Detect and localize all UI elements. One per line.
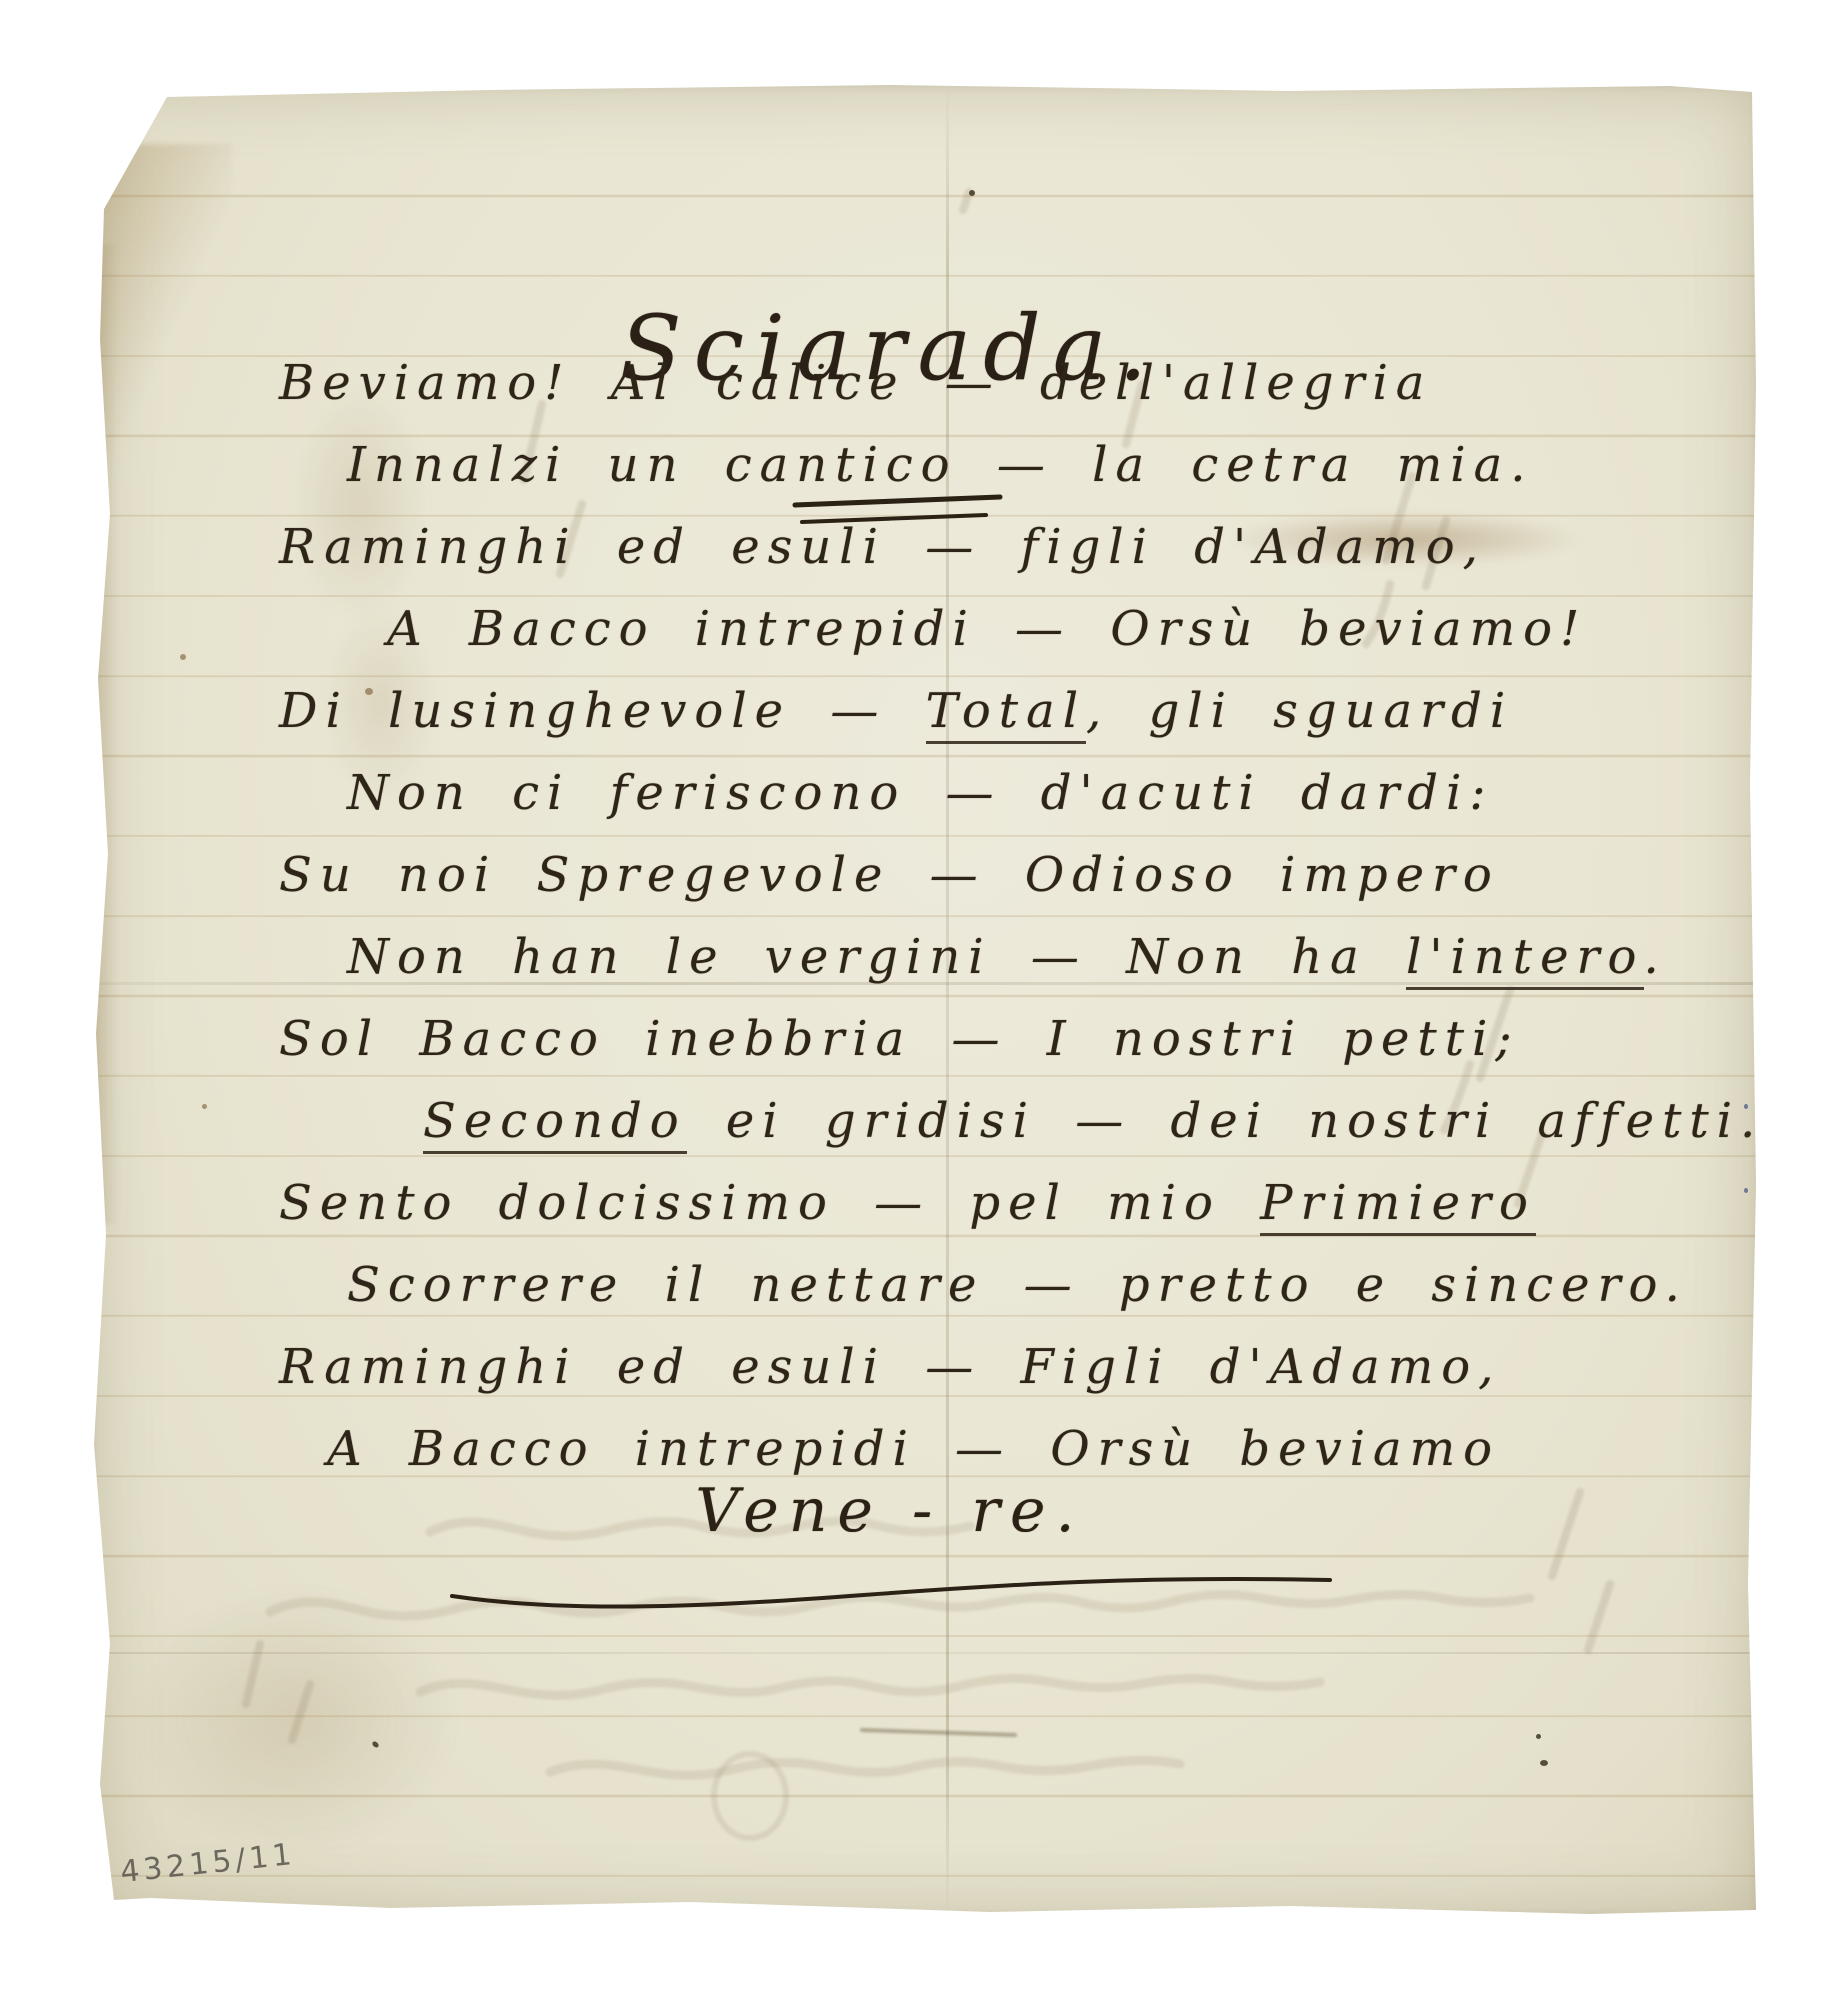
rust-speck (202, 1104, 207, 1109)
poem-line-text: , gli sguardi (1086, 683, 1513, 739)
ink-speck (1536, 1734, 1541, 1739)
poem-line-text: Non ci feriscono — d'acuti dardi: (347, 765, 1494, 821)
solution-underline-flourish (452, 1579, 1330, 1607)
poem-line-text: . (1644, 929, 1667, 985)
poem-line: Innalzi un cantico — la cetra mia. (347, 424, 1635, 506)
poem-line-text: Beviamo! Al calice — dell'allegria (279, 355, 1432, 411)
poem-line-text: Scorrere il nettare — pretto e sincero. (347, 1257, 1688, 1313)
poem-line-text: A Bacco intrepidi — Orsù beviamo! (387, 601, 1587, 657)
underlined-word: l'intero (1406, 929, 1644, 990)
rust-speck (365, 688, 373, 695)
poem-line: Raminghi ed esuli — figli d'Adamo, (279, 506, 1635, 588)
poem-line: Scorrere il nettare — pretto e sincero. (347, 1244, 1635, 1326)
underlined-word: Primiero (1260, 1175, 1536, 1236)
poem-line: A Bacco intrepidi — Orsù beviamo! (387, 588, 1635, 670)
poem-line: Su noi Spregevole — Odioso impero (279, 834, 1635, 916)
poem-line: Secondo ei gridisi — dei nostri affetti. (423, 1080, 1635, 1162)
poem-line: Sento dolcissimo — pel mio Primiero (279, 1162, 1635, 1244)
blue-ink-speck (1744, 1104, 1748, 1109)
underlined-word: Secondo (423, 1093, 687, 1154)
poem-line: Raminghi ed esuli — Figli d'Adamo, (279, 1326, 1635, 1408)
poem-line-text: Innalzi un cantico — la cetra mia. (347, 437, 1533, 493)
blue-ink-speck (1744, 1188, 1748, 1193)
poem-line-text: ei gridisi — dei nostri affetti. (687, 1093, 1764, 1149)
poem-line-text: Sol Bacco inebbria — I nostri petti; (279, 1011, 1520, 1067)
manuscript-paper: Sciarada. Beviamo! Al calice — dell'alle… (90, 84, 1758, 1918)
poem-line: Di lusinghevole — Total, gli sguardi (279, 670, 1635, 752)
poem-line-text: A Bacco intrepidi — Orsù beviamo (327, 1421, 1500, 1477)
ink-speck (1540, 1760, 1548, 1766)
ink-speck (969, 190, 975, 196)
poem-line-text: Di lusinghevole — (279, 683, 926, 739)
rust-speck (180, 654, 186, 660)
poem-line: Non han le vergini — Non ha l'intero. (347, 916, 1635, 998)
underlined-word: Total (926, 683, 1086, 744)
poem-line-text: Su noi Spregevole — Odioso impero (279, 847, 1500, 903)
poem-line-text: Sento dolcissimo — pel mio (279, 1175, 1260, 1231)
poem-line: Sol Bacco inebbria — I nostri petti; (279, 998, 1635, 1080)
scan-background: Sciarada. Beviamo! Al calice — dell'alle… (0, 0, 1826, 2000)
poem-line-text: Raminghi ed esuli — figli d'Adamo, (279, 519, 1486, 575)
poem-line: Non ci feriscono — d'acuti dardi: (347, 752, 1635, 834)
charade-solution-line: Vene - re. (590, 1476, 1190, 1546)
poem-body: Beviamo! Al calice — dell'allegria Innal… (275, 342, 1635, 1490)
poem-line-text: Non han le vergini — Non ha (347, 929, 1406, 985)
poem-line-text: Raminghi ed esuli — Figli d'Adamo, (279, 1339, 1501, 1395)
poem-line: Beviamo! Al calice — dell'allegria (279, 342, 1635, 424)
